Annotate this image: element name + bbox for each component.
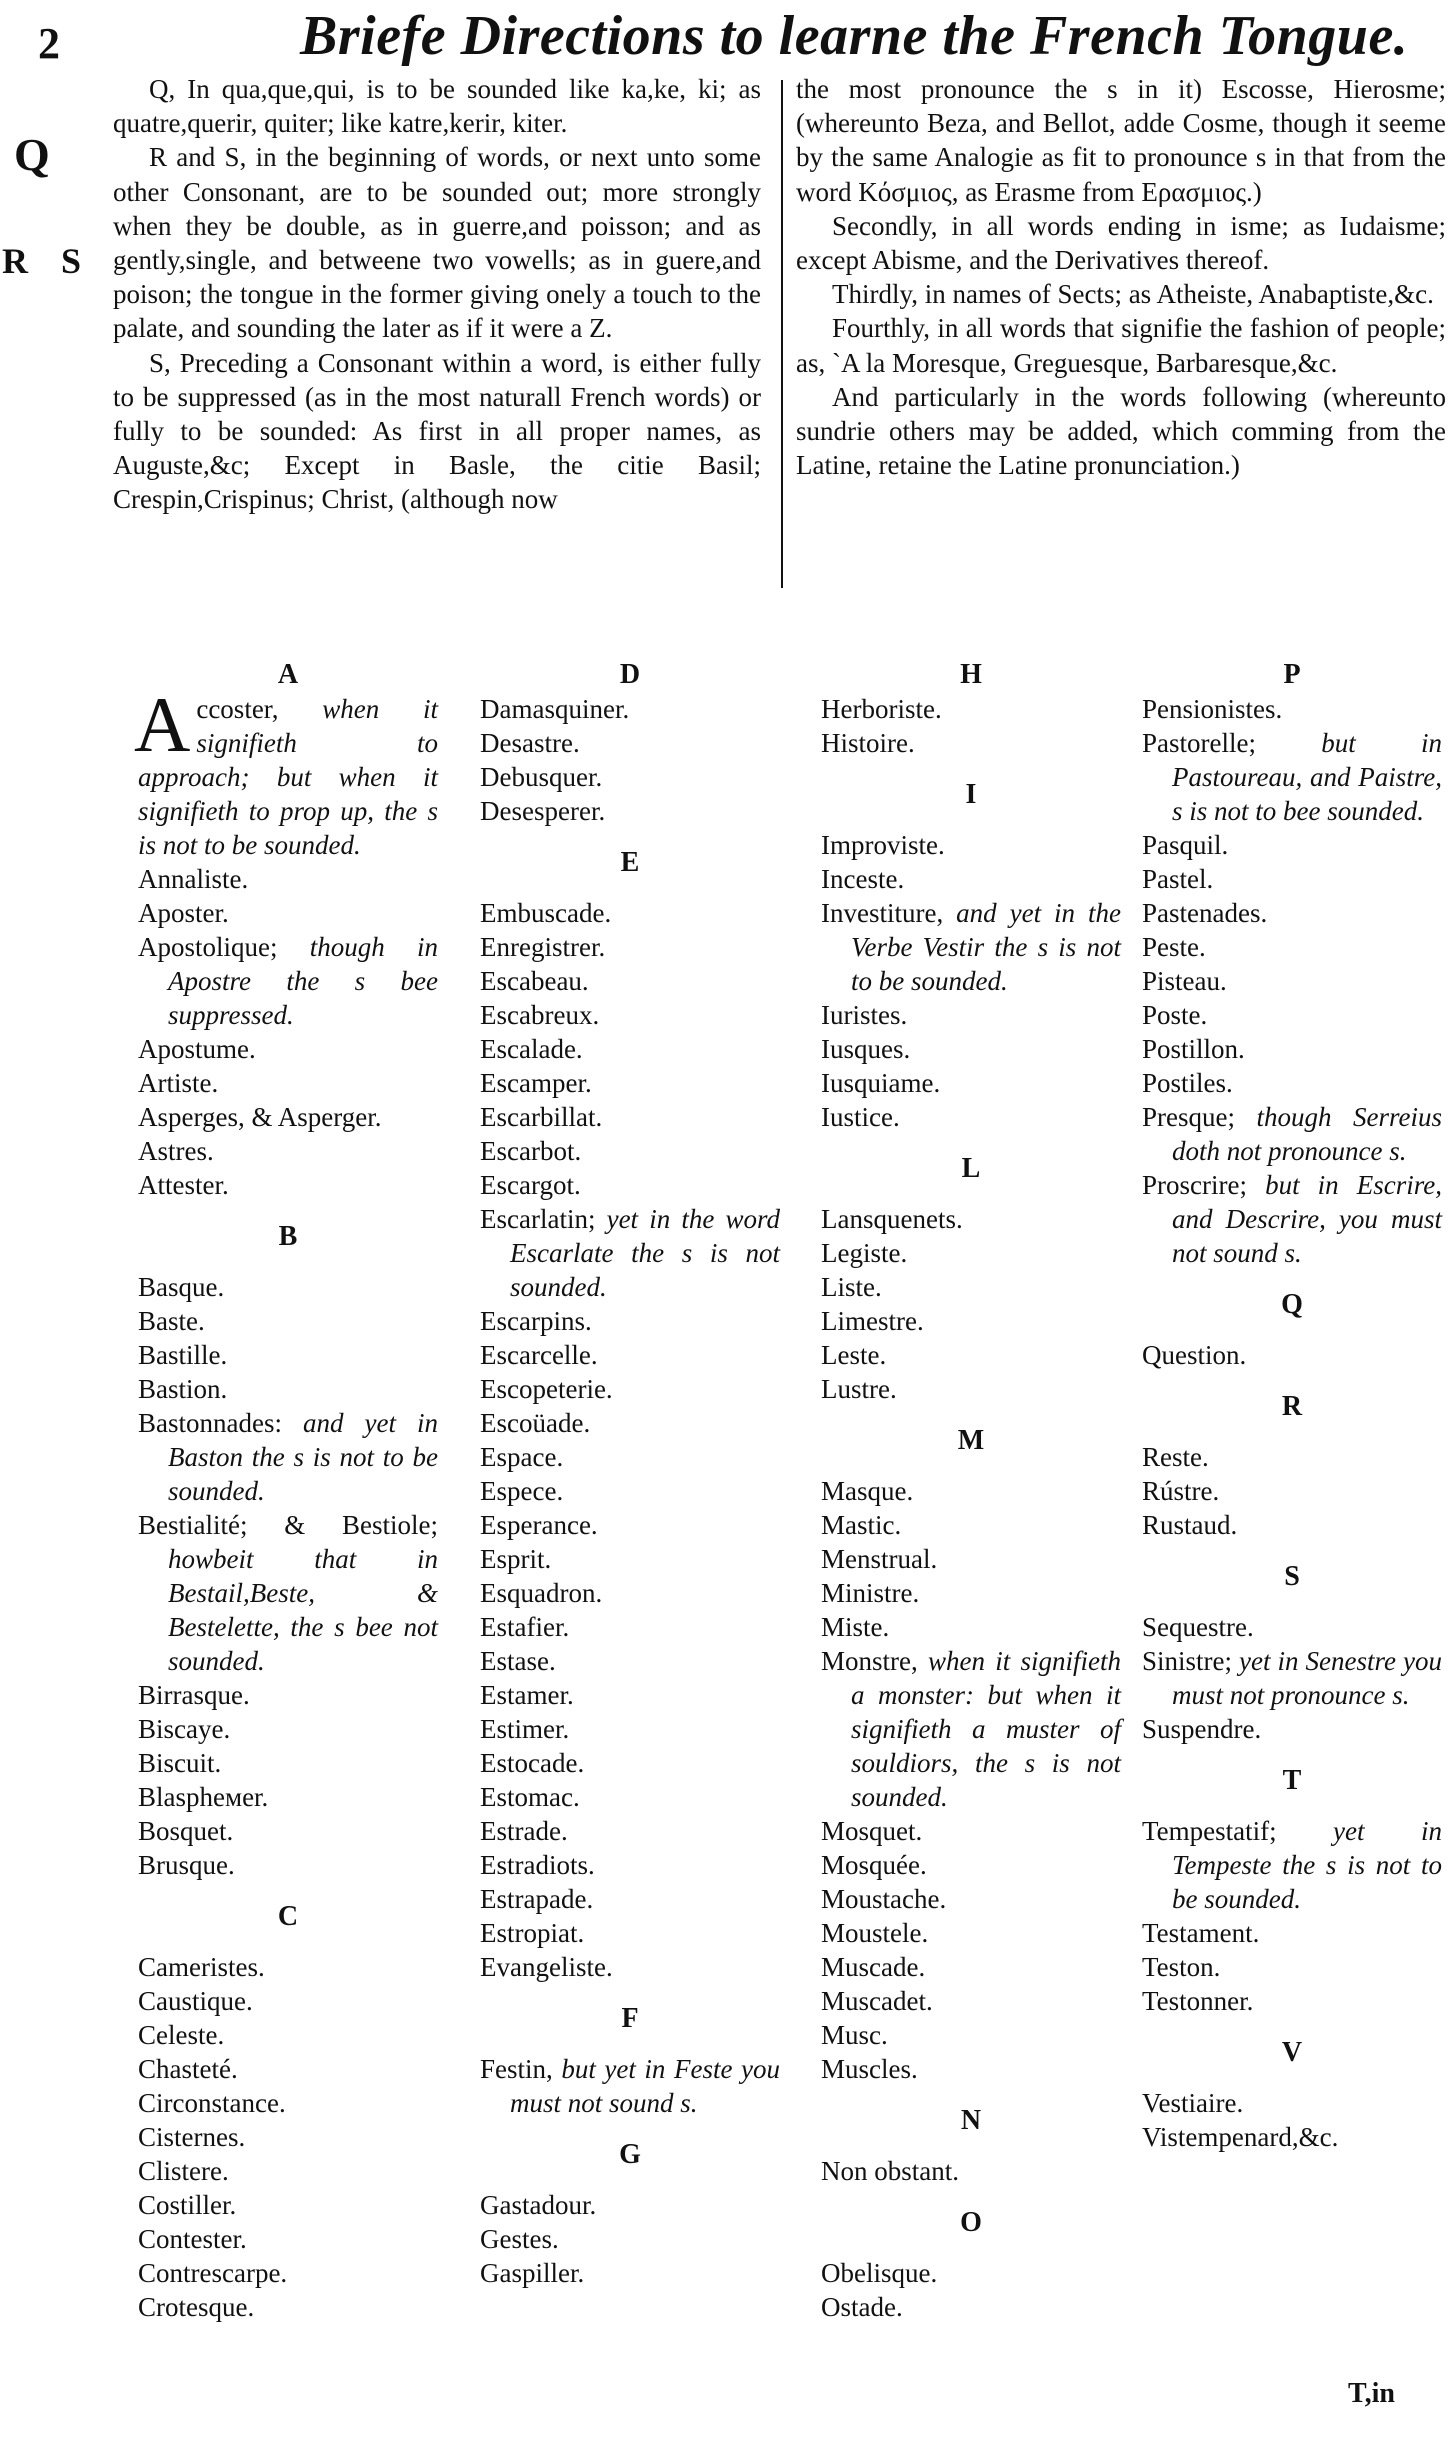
index-entry: Gaspiller.	[480, 2256, 780, 2290]
index-entry: Ostade.	[821, 2290, 1121, 2324]
entry-word: Apostume.	[138, 1034, 256, 1064]
entry-word: Crotesque.	[138, 2292, 254, 2322]
index-entry: Caustique.	[138, 1984, 438, 2018]
entry-word: Circonstance.	[138, 2088, 286, 2118]
index-entry: Lansquenets.	[821, 1202, 1121, 1236]
index-entry: Escarpins.	[480, 1304, 780, 1338]
section-letter-c: C	[138, 1900, 438, 1934]
entry-word: ccoster,	[196, 694, 278, 724]
index-entry: Escarbot.	[480, 1134, 780, 1168]
paragraph-s-preceding-consonant: S, Preceding a Consonant within a word, …	[113, 346, 761, 517]
section-letter-t: T	[1142, 1764, 1442, 1798]
index-entry: Moustache.	[821, 1882, 1121, 1916]
section-letter-p: P	[1142, 658, 1442, 692]
entry-word: Esprit.	[480, 1544, 551, 1574]
index-entry: Pisteau.	[1142, 964, 1442, 998]
entry-word: Iustice.	[821, 1102, 900, 1132]
entry-word: Rustaud.	[1142, 1510, 1237, 1540]
section-letter-v: V	[1142, 2036, 1442, 2070]
index-entry: Contrescarpe.	[138, 2256, 438, 2290]
entry-word: Escabeau.	[480, 966, 589, 996]
entry-word: Pastel.	[1142, 864, 1213, 894]
entry-word: Teston.	[1142, 1952, 1220, 1982]
entry-word: Presque;	[1142, 1102, 1235, 1132]
index-entry: Escamper.	[480, 1066, 780, 1100]
entry-word: Celeste.	[138, 2020, 224, 2050]
entry-word: Tempestatif;	[1142, 1816, 1277, 1846]
entry-word: Estocade.	[480, 1748, 584, 1778]
paragraph-continuation: the most pronounce the s in it) Escosse,…	[796, 72, 1446, 209]
section-letter-r: R	[1142, 1390, 1442, 1424]
entry-word: Desesperer.	[480, 796, 605, 826]
index-entry: Celeste.	[138, 2018, 438, 2052]
index-entry: Presque; though Serreius doth not pronou…	[1142, 1100, 1442, 1168]
entry-word: Muscadet.	[821, 1986, 933, 2016]
index-entry: Estradiots.	[480, 1848, 780, 1882]
paragraph-particularly: And particularly in the words following …	[796, 380, 1446, 483]
index-entry: Desastre.	[480, 726, 780, 760]
index-entry: Obelisque.	[821, 2256, 1121, 2290]
entry-word: Debusquer.	[480, 762, 602, 792]
index-entry: Bosquet.	[138, 1814, 438, 1848]
entry-word: Estamer.	[480, 1680, 574, 1710]
index-entry: Escabreux.	[480, 998, 780, 1032]
index-entry: Attester.	[138, 1168, 438, 1202]
index-entry: Iuristes.	[821, 998, 1121, 1032]
entry-word: Astres.	[138, 1136, 214, 1166]
entry-word: Estradiots.	[480, 1850, 595, 1880]
entry-word: Escarbot.	[480, 1136, 581, 1166]
margin-note-q: Q	[14, 128, 50, 181]
entry-word: Suspendre.	[1142, 1714, 1261, 1744]
index-entry: Chasteté.	[138, 2052, 438, 2086]
entry-word: Asperges, & Asperger.	[138, 1102, 381, 1132]
entry-word: Iuristes.	[821, 1000, 907, 1030]
index-entry: Pensionistes.	[1142, 692, 1442, 726]
entry-word: Blaspheмer.	[138, 1782, 268, 1812]
index-entry: Esquadron.	[480, 1576, 780, 1610]
index-entry: Escabeau.	[480, 964, 780, 998]
entry-word: Herboriste.	[821, 694, 942, 724]
entry-word: Improviste.	[821, 830, 945, 860]
index-entry: Brusque.	[138, 1848, 438, 1882]
entry-word: Biscuit.	[138, 1748, 221, 1778]
index-entry: Pasquil.	[1142, 828, 1442, 862]
index-entry: Crotesque.	[138, 2290, 438, 2324]
section-letter-e: E	[480, 846, 780, 880]
entry-word: Monstre,	[821, 1646, 918, 1676]
entry-word: Escopeterie.	[480, 1374, 613, 1404]
index-entry: Question.	[1142, 1338, 1442, 1372]
index-entry: Escalade.	[480, 1032, 780, 1066]
index-entry: Histoire.	[821, 726, 1121, 760]
entry-word: Miste.	[821, 1612, 889, 1642]
index-column-3: HHerboriste.Histoire.IImproviste.Inceste…	[821, 658, 1121, 2324]
index-entry: Limestre.	[821, 1304, 1121, 1338]
index-entry: Liste.	[821, 1270, 1121, 1304]
index-entry: Bestialité; & Bestiole; howbeit that in …	[138, 1508, 438, 1678]
entry-word: Cisternes.	[138, 2122, 245, 2152]
drop-cap: A	[134, 694, 190, 756]
index-entry: Gestes.	[480, 2222, 780, 2256]
entry-word: Lansquenets.	[821, 1204, 963, 1234]
section-letter-b: B	[138, 1220, 438, 1254]
entry-word: Embuscade.	[480, 898, 611, 928]
index-entry: Estrade.	[480, 1814, 780, 1848]
index-entry: Iustice.	[821, 1100, 1121, 1134]
entry-word: Legiste.	[821, 1238, 907, 1268]
entry-word: Pastenades.	[1142, 898, 1267, 928]
index-entry: Monstre, when it signifieth a monster: b…	[821, 1644, 1121, 1814]
section-letter-s: S	[1142, 1560, 1442, 1594]
index-entry: Rustaud.	[1142, 1508, 1442, 1542]
index-entry: Menstrual.	[821, 1542, 1121, 1576]
index-entry: Vistempenard,&c.	[1142, 2120, 1442, 2154]
index-entry: Blaspheмer.	[138, 1780, 438, 1814]
entry-word: Gestes.	[480, 2224, 559, 2254]
index-entry: Muscade.	[821, 1950, 1121, 1984]
index-entry: Espece.	[480, 1474, 780, 1508]
index-entry: Circonstance.	[138, 2086, 438, 2120]
entry-word: Basque.	[138, 1272, 224, 1302]
index-entry: Baste.	[138, 1304, 438, 1338]
entry-word: Testonner.	[1142, 1986, 1253, 2016]
entry-word: Menstrual.	[821, 1544, 937, 1574]
index-entry: Postiles.	[1142, 1066, 1442, 1100]
section-letter-i: I	[821, 778, 1121, 812]
index-entry: Muscles.	[821, 2052, 1121, 2086]
index-entry: Damasquiner.	[480, 692, 780, 726]
index-entry: Embuscade.	[480, 896, 780, 930]
index-entry: Artiste.	[138, 1066, 438, 1100]
index-entry: Apostolique; though in Apostre the s bee…	[138, 930, 438, 1032]
section-letter-g: G	[480, 2138, 780, 2172]
index-entry: Escoüade.	[480, 1406, 780, 1440]
index-entry: Apostume.	[138, 1032, 438, 1066]
index-entry: Escarlatin; yet in the word Escarlate th…	[480, 1202, 780, 1304]
index-entry: Cameristes.	[138, 1950, 438, 1984]
entry-word: Iusques.	[821, 1034, 910, 1064]
entry-word: Apostolique;	[138, 932, 278, 962]
entry-word: Artiste.	[138, 1068, 218, 1098]
index-entry: Escargot.	[480, 1168, 780, 1202]
entry-word: Peste.	[1142, 932, 1206, 962]
entry-word: Leste.	[821, 1340, 886, 1370]
index-entry: Esprit.	[480, 1542, 780, 1576]
entry-word: Esquadron.	[480, 1578, 602, 1608]
entry-word: Bosquet.	[138, 1816, 233, 1846]
index-entry: Accoster, when it signifieth to approach…	[138, 692, 438, 862]
entry-word: Investiture,	[821, 898, 943, 928]
column-divider	[781, 80, 783, 588]
index-entry: Ministre.	[821, 1576, 1121, 1610]
index-entry: Contester.	[138, 2222, 438, 2256]
entry-word: Estomac.	[480, 1782, 580, 1812]
entry-word: Muscles.	[821, 2054, 918, 2084]
index-entry: Cisternes.	[138, 2120, 438, 2154]
index-entry: Investiture, and yet in the Verbe Vestir…	[821, 896, 1121, 998]
index-entry: Astres.	[138, 1134, 438, 1168]
entry-word: Muscade.	[821, 1952, 925, 1982]
section-letter-d: D	[480, 658, 780, 692]
entry-word: Masque.	[821, 1476, 913, 1506]
entry-word: Enregistrer.	[480, 932, 605, 962]
entry-word: Ministre.	[821, 1578, 919, 1608]
index-entry: Mosquet.	[821, 1814, 1121, 1848]
index-entry: Peste.	[1142, 930, 1442, 964]
entry-word: Escarpins.	[480, 1306, 592, 1336]
index-entry: Bastion.	[138, 1372, 438, 1406]
index-entry: Basque.	[138, 1270, 438, 1304]
index-entry: Moustele.	[821, 1916, 1121, 1950]
section-letter-q: Q	[1142, 1288, 1442, 1322]
index-entry: Estropiat.	[480, 1916, 780, 1950]
entry-word: Caustique.	[138, 1986, 253, 2016]
entry-word: Escarbillat.	[480, 1102, 602, 1132]
index-entry: Non obstant.	[821, 2154, 1121, 2188]
entry-word: Testament.	[1142, 1918, 1259, 1948]
index-entry: Herboriste.	[821, 692, 1121, 726]
intro-left-column: Q, In qua,que,qui, is to be sounded like…	[113, 72, 761, 517]
entry-word: Pastorelle;	[1142, 728, 1256, 758]
index-entry: Asperges, & Asperger.	[138, 1100, 438, 1134]
index-entry: Costiller.	[138, 2188, 438, 2222]
index-entry: Suspendre.	[1142, 1712, 1442, 1746]
entry-word: Contrescarpe.	[138, 2258, 287, 2288]
entry-word: Brusque.	[138, 1850, 235, 1880]
index-entry: Festin, but yet in Feste you must not so…	[480, 2052, 780, 2120]
intro-right-column: the most pronounce the s in it) Escosse,…	[796, 72, 1446, 482]
entry-word: Birrasque.	[138, 1680, 250, 1710]
entry-word: Espece.	[480, 1476, 563, 1506]
index-entry: Sequestre.	[1142, 1610, 1442, 1644]
entry-word: Festin,	[480, 2054, 553, 2084]
section-letter-o: O	[821, 2206, 1121, 2240]
entry-word: Vistempenard,&c.	[1142, 2122, 1338, 2152]
index-entry: Reste.	[1142, 1440, 1442, 1474]
entry-word: Mastic.	[821, 1510, 901, 1540]
index-entry: Biscuit.	[138, 1746, 438, 1780]
entry-word: Liste.	[821, 1272, 882, 1302]
entry-word: Escarcelle.	[480, 1340, 598, 1370]
entry-word: Estrapade.	[480, 1884, 593, 1914]
index-entry: Bastonnades: and yet in Baston the s is …	[138, 1406, 438, 1508]
index-entry: Pastel.	[1142, 862, 1442, 896]
index-entry: Gastadour.	[480, 2188, 780, 2222]
entry-word: Moustele.	[821, 1918, 928, 1948]
entry-word: Attester.	[138, 1170, 229, 1200]
entry-word: Estafier.	[480, 1612, 569, 1642]
section-letter-m: M	[821, 1424, 1121, 1458]
index-entry: Pastenades.	[1142, 896, 1442, 930]
entry-word: Poste.	[1142, 1000, 1207, 1030]
entry-word: Estropiat.	[480, 1918, 584, 1948]
index-entry: Esperance.	[480, 1508, 780, 1542]
entry-word: Reste.	[1142, 1442, 1209, 1472]
entry-word: Escoüade.	[480, 1408, 590, 1438]
index-entry: Birrasque.	[138, 1678, 438, 1712]
entry-word: Annaliste.	[138, 864, 248, 894]
entry-word: Estase.	[480, 1646, 556, 1676]
running-head: Briefe Directions to learne the French T…	[300, 4, 1300, 68]
index-entry: Annaliste.	[138, 862, 438, 896]
entry-word: Rústre.	[1142, 1476, 1219, 1506]
entry-word: Escargot.	[480, 1170, 581, 1200]
entry-word: Evangeliste.	[480, 1952, 613, 1982]
index-entry: Biscaye.	[138, 1712, 438, 1746]
section-letter-l: L	[821, 1152, 1121, 1186]
entry-word: Estimer.	[480, 1714, 569, 1744]
index-entry: Enregistrer.	[480, 930, 780, 964]
entry-word: Inceste.	[821, 864, 904, 894]
index-entry: Muscadet.	[821, 1984, 1121, 2018]
index-entry: Tempestatif; yet in Tempeste the s is no…	[1142, 1814, 1442, 1916]
index-entry: Mosquée.	[821, 1848, 1121, 1882]
index-entry: Mastic.	[821, 1508, 1121, 1542]
entry-word: Desastre.	[480, 728, 580, 758]
entry-word: Bastille.	[138, 1340, 227, 1370]
entry-word: Espace.	[480, 1442, 563, 1472]
section-letter-n: N	[821, 2104, 1121, 2138]
entry-word: Bastion.	[138, 1374, 227, 1404]
index-entry: Testonner.	[1142, 1984, 1442, 2018]
index-column-4: PPensionistes.Pastorelle; but in Pastour…	[1142, 658, 1442, 2154]
index-entry: Espace.	[480, 1440, 780, 1474]
index-entry: Debusquer.	[480, 760, 780, 794]
entry-word: Musc.	[821, 2020, 888, 2050]
index-entry: Iusquiame.	[821, 1066, 1121, 1100]
index-entry: Estimer.	[480, 1712, 780, 1746]
index-entry: Bastille.	[138, 1338, 438, 1372]
index-entry: Inceste.	[821, 862, 1121, 896]
entry-word: Histoire.	[821, 728, 915, 758]
entry-word: Mosquet.	[821, 1816, 922, 1846]
entry-word: Costiller.	[138, 2190, 236, 2220]
index-entry: Desesperer.	[480, 794, 780, 828]
page-number: 2	[38, 18, 60, 69]
index-entry: Pastorelle; but in Pastoureau, and Paist…	[1142, 726, 1442, 828]
entry-word: Chasteté.	[138, 2054, 238, 2084]
entry-word: Sequestre.	[1142, 1612, 1254, 1642]
entry-word: Lustre.	[821, 1374, 897, 1404]
paragraph-q: Q, In qua,que,qui, is to be sounded like…	[113, 72, 761, 140]
entry-word: Postiles.	[1142, 1068, 1233, 1098]
entry-word: Clistere.	[138, 2156, 229, 2186]
section-letter-f: F	[480, 2002, 780, 2036]
entry-word: Non obstant.	[821, 2156, 959, 2186]
entry-word: Postillon.	[1142, 1034, 1245, 1064]
entry-word: Gaspiller.	[480, 2258, 584, 2288]
index-entry: Escopeterie.	[480, 1372, 780, 1406]
entry-word: Estrade.	[480, 1816, 568, 1846]
index-entry: Evangeliste.	[480, 1950, 780, 1984]
entry-word: Cameristes.	[138, 1952, 265, 1982]
entry-word: Question.	[1142, 1340, 1246, 1370]
index-entry: Teston.	[1142, 1950, 1442, 1984]
index-entry: Estrapade.	[480, 1882, 780, 1916]
entry-word: Bastonnades:	[138, 1408, 282, 1438]
entry-word: Iusquiame.	[821, 1068, 940, 1098]
index-entry: Miste.	[821, 1610, 1121, 1644]
section-letter-h: H	[821, 658, 1121, 692]
entry-word: Damasquiner.	[480, 694, 629, 724]
entry-word: Pensionistes.	[1142, 694, 1282, 724]
index-entry: Legiste.	[821, 1236, 1121, 1270]
entry-word: Escamper.	[480, 1068, 592, 1098]
index-entry: Testament.	[1142, 1916, 1442, 1950]
index-entry: Clistere.	[138, 2154, 438, 2188]
index-entry: Estase.	[480, 1644, 780, 1678]
index-entry: Estafier.	[480, 1610, 780, 1644]
index-entry: Poste.	[1142, 998, 1442, 1032]
index-entry: Lustre.	[821, 1372, 1121, 1406]
entry-word: Esperance.	[480, 1510, 598, 1540]
entry-word: Ostade.	[821, 2292, 903, 2322]
entry-word: Sinistre;	[1142, 1646, 1232, 1676]
entry-word: Vestiaire.	[1142, 2088, 1243, 2118]
entry-word: Pisteau.	[1142, 966, 1227, 996]
catchword: T,in	[1348, 2378, 1395, 2410]
entry-word: Escalade.	[480, 1034, 583, 1064]
index-entry: Proscrire; but in Escrire, and Descrire,…	[1142, 1168, 1442, 1270]
paragraph-fourthly: Fourthly, in all words that signifie the…	[796, 311, 1446, 379]
index-column-2: DDamasquiner.Desastre.Debusquer.Desesper…	[480, 658, 780, 2290]
paragraph-thirdly: Thirdly, in names of Sects; as Atheiste,…	[796, 277, 1446, 311]
entry-word: Contester.	[138, 2224, 247, 2254]
paragraph-r-and-s: R and S, in the beginning of words, or n…	[113, 140, 761, 345]
entry-note: howbeit that in Bestail,Beste, & Bestele…	[168, 1544, 438, 1676]
entry-word: Mosquée.	[821, 1850, 927, 1880]
entry-word: Bestialité; & Bestiole;	[138, 1510, 438, 1540]
index-entry: Estocade.	[480, 1746, 780, 1780]
word-index: AAccoster, when it signifieth to approac…	[138, 658, 1455, 2438]
entry-word: Gastadour.	[480, 2190, 596, 2220]
index-entry: Sinistre; yet in Senestre you must not p…	[1142, 1644, 1442, 1712]
index-entry: Estamer.	[480, 1678, 780, 1712]
entry-word: Escarlatin;	[480, 1204, 595, 1234]
entry-word: Pasquil.	[1142, 830, 1228, 860]
margin-note-rs: R S	[2, 240, 93, 282]
index-column-1: AAccoster, when it signifieth to approac…	[138, 658, 438, 2324]
entry-word: Limestre.	[821, 1306, 924, 1336]
entry-word: Aposter.	[138, 898, 229, 928]
entry-word: Moustache.	[821, 1884, 946, 1914]
entry-word: Obelisque.	[821, 2258, 937, 2288]
index-entry: Improviste.	[821, 828, 1121, 862]
paragraph-secondly: Secondly, in all words ending in isme; a…	[796, 209, 1446, 277]
entry-word: Escabreux.	[480, 1000, 599, 1030]
index-entry: Estomac.	[480, 1780, 780, 1814]
entry-word: Baste.	[138, 1306, 205, 1336]
index-entry: Aposter.	[138, 896, 438, 930]
index-entry: Rústre.	[1142, 1474, 1442, 1508]
entry-word: Proscrire;	[1142, 1170, 1247, 1200]
index-entry: Masque.	[821, 1474, 1121, 1508]
index-entry: Leste.	[821, 1338, 1121, 1372]
index-entry: Iusques.	[821, 1032, 1121, 1066]
index-entry: Escarbillat.	[480, 1100, 780, 1134]
index-entry: Postillon.	[1142, 1032, 1442, 1066]
entry-word: Biscaye.	[138, 1714, 230, 1744]
index-entry: Escarcelle.	[480, 1338, 780, 1372]
index-entry: Vestiaire.	[1142, 2086, 1442, 2120]
index-entry: Musc.	[821, 2018, 1121, 2052]
